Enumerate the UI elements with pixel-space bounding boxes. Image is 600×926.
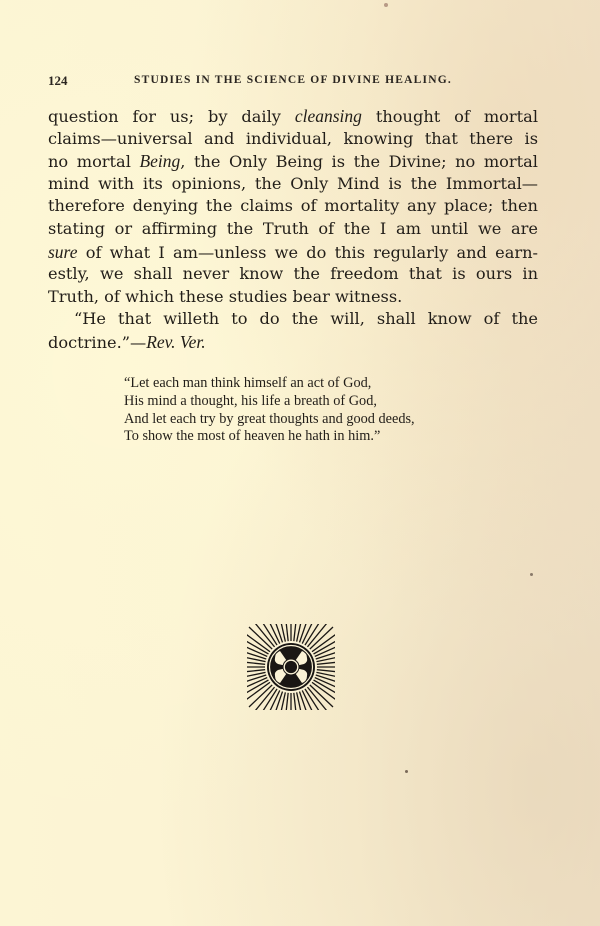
quotation-line: doctrine.”—Rev. Ver.: [48, 331, 538, 354]
italic-emphasis: sure: [48, 242, 78, 262]
paper-speck: [405, 770, 408, 773]
verse-block: “Let each man think himself an act of Go…: [124, 375, 484, 446]
italic-emphasis: Being: [139, 151, 180, 171]
text-run: no mortal: [48, 152, 139, 171]
text-line: Truth, of which these studies bear witne…: [48, 286, 538, 309]
body-paragraph: question for us; by daily cleansing thou…: [48, 105, 538, 354]
text-run: of what I am—unless we do this regularly…: [78, 243, 539, 262]
paper-speck: [384, 3, 388, 7]
text-line: question for us; by daily cleansing thou…: [48, 105, 538, 128]
text-line: no mortal Being, the Only Being is the D…: [48, 150, 538, 173]
text-line: sure of what I am—unless we do this regu…: [48, 241, 538, 264]
text-run: doctrine.”—: [48, 333, 146, 352]
quotation-line: “He that willeth to do the will, shall k…: [48, 308, 538, 331]
verse-line: To show the most of heaven he hath in hi…: [124, 428, 484, 446]
italic-emphasis: cleansing: [295, 106, 362, 126]
text-line: therefore denying the claims of mortalit…: [48, 195, 538, 218]
book-page: 124 STUDIES IN THE SCIENCE OF DIVINE HEA…: [0, 0, 600, 926]
paper-speck: [530, 573, 533, 576]
citation: Rev. Ver.: [146, 332, 205, 352]
text-run: thought of mortal: [362, 107, 538, 126]
text-run: , the Only Being is the Divine; no morta…: [180, 152, 538, 171]
running-head-title: STUDIES IN THE SCIENCE OF DIVINE HEALING…: [134, 74, 452, 86]
radiant-sun-cross-ornament-icon: [245, 622, 337, 712]
text-run: question for us; by daily: [48, 107, 295, 126]
text-line: estly, we shall never know the freedom t…: [48, 263, 538, 286]
running-head: 124 STUDIES IN THE SCIENCE OF DIVINE HEA…: [48, 73, 508, 93]
text-line: stating or affirming the Truth of the I …: [48, 218, 538, 241]
text-line: mind with its opinions, the Only Mind is…: [48, 173, 538, 196]
verse-line: “Let each man think himself an act of Go…: [124, 375, 484, 393]
verse-line: And let each try by great thoughts and g…: [124, 411, 484, 429]
verse-line: His mind a thought, his life a breath of…: [124, 393, 484, 411]
page-number: 124: [48, 73, 68, 89]
text-line: claims—universal and individual, knowing…: [48, 128, 538, 151]
